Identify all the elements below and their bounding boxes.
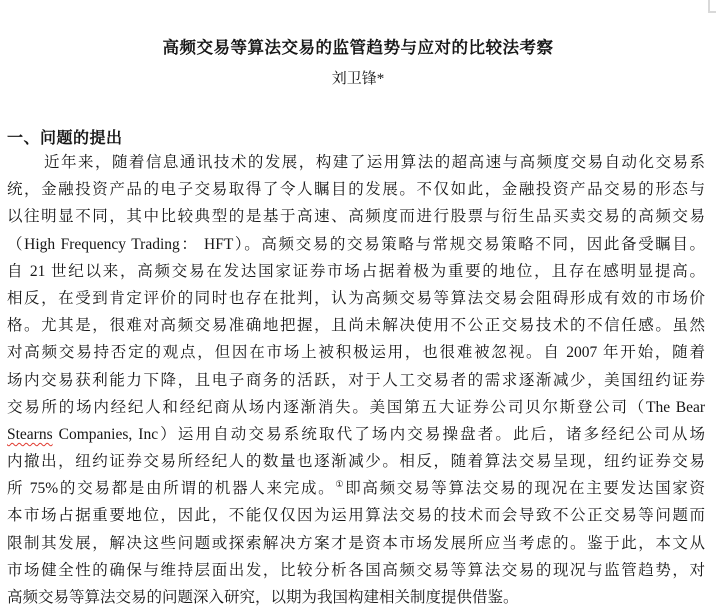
body-text-segment: （High Frequency Trading： HFT）。高频交易的交易策略与… [7,236,705,253]
body-line: 自 21 世纪以来，高频交易在发达国家证券市场占据着极为重要的地位，且存在感明显… [7,258,705,285]
body-line: 交易所的场内经纪人和经纪商从场内逐渐消失。美国第五大证券公司贝尔斯登公司（The… [7,394,705,421]
body-text-segment: 市场健全性的确保与维持层面出发，比较分析各国高频交易等算法交易的现况与监管趋势，… [7,562,705,579]
body-text-segment: 限制其发展，解决这些问题或探索解决方案才是资本市场发展所应当考虑的。鉴于此，本文… [7,535,705,552]
body-text-segment: 场内交易获利能力下降，且电子商务的活跃，对于人工交易者的需求逐渐减少，美国纽约证… [7,372,705,389]
body-text-segment: 所 75%的交易都是由所谓的机器人来完成。 [7,480,335,497]
body-text-segment: 统，金融投资产品的电子交易取得了令人瞩目的发展。不仅如此，金融投资产品交易的形态… [7,181,705,198]
body-line: 场内交易获利能力下降，且电子商务的活跃，对于人工交易者的需求逐渐减少，美国纽约证… [7,367,705,394]
body-text-segment: 交易所的场内经纪人和经纪商从场内逐渐消失。美国第五大证券公司贝尔斯登公司（The… [7,399,705,416]
body-line: 高频交易等算法交易的问题深入研究，以期为我国构建相关制度提供借鉴。 [7,584,705,611]
body-line: 近年来，随着信息通讯技术的发展，构建了运用算法的超高速与高频度交易自动化交易系 [7,149,705,176]
body-text-segment: 即高频交易等算法交易的现况在主要发达国家资 [345,480,705,497]
body-text-segment: 内撤出，纽约证券交易所经纪人的数量也逐渐减少。相反，随着算法交易呈现，纽约证券交… [7,453,705,470]
body-text-segment: 对高频交易持否定的观点，但因在市场上被积极运用，也很难被忽视。自 2007 年开… [7,344,705,361]
document-page: 高频交易等算法交易的监管趋势与应对的比较法考察 刘卫锋* 一、问题的提出 近年来… [0,0,716,616]
body-line: 对高频交易持否定的观点，但因在市场上被积极运用，也很难被忽视。自 2007 年开… [7,339,705,366]
body-text-segment: 以往明显不同，其中比较典型的是基于高速、高频度而进行股票与衍生品买卖交易的高频交… [7,208,705,225]
body-line: 内撤出，纽约证券交易所经纪人的数量也逐渐减少。相反，随着算法交易呈现，纽约证券交… [7,448,705,475]
body-line: 格。尤其是，很难对高频交易准确地把握，且尚未解决使用不公正交易技术的不信任感。虽… [7,312,705,339]
body-paragraph: 近年来，随着信息通讯技术的发展，构建了运用算法的超高速与高频度交易自动化交易系统… [7,149,705,611]
body-text-segment: 高频交易等算法交易的问题深入研究，以期为我国构建相关制度提供借鉴。 [7,589,519,606]
body-line: Stearns Companies, Inc）运用自动交易系统取代了场内交易操盘… [7,421,705,448]
body-text-segment: 自 21 世纪以来，高频交易在发达国家证券市场占据着极为重要的地位，且存在感明显… [7,263,705,280]
body-line: 限制其发展，解决这些问题或探索解决方案才是资本市场发展所应当考虑的。鉴于此，本文… [7,530,705,557]
body-line: 本市场占据重要地位，因此，不能仅仅因为运用算法交易的技术而会导致不公正交易等问题… [7,502,705,529]
section-heading: 一、问题的提出 [7,129,123,148]
body-line: 以往明显不同，其中比较典型的是基于高速、高频度而进行股票与衍生品买卖交易的高频交… [7,203,705,230]
footnote-reference: ① [335,479,345,489]
body-text-segment: 本市场占据重要地位，因此，不能仅仅因为运用算法交易的技术而会导致不公正交易等问题… [7,507,705,524]
body-text-segment: 相反，在受到肯定评价的同时也存在批判，认为高频交易等算法交易会阻碍形成有效的市场… [7,290,705,307]
body-line: （High Frequency Trading： HFT）。高频交易的交易策略与… [7,231,705,258]
body-line: 相反，在受到肯定评价的同时也存在批判，认为高频交易等算法交易会阻碍形成有效的市场… [7,285,705,312]
body-text-segment: 格。尤其是，很难对高频交易准确地把握，且尚未解决使用不公正交易技术的不信任感。虽… [7,317,705,334]
author-line: 刘卫锋* [0,69,716,89]
body-text-segment: Companies, Inc）运用自动交易系统取代了场内交易操盘者。此后，诸多经… [53,426,705,443]
text-boundary-corner-mark-horizontal [708,11,716,13]
body-line: 市场健全性的确保与维持层面出发，比较分析各国高频交易等算法交易的现况与监管趋势，… [7,557,705,584]
spellcheck-underlined-word: Stearns [7,426,53,443]
body-line: 统，金融投资产品的电子交易取得了令人瞩目的发展。不仅如此，金融投资产品交易的形态… [7,176,705,203]
document-title: 高频交易等算法交易的监管趋势与应对的比较法考察 [0,37,716,59]
body-text-segment: 近年来，随着信息通讯技术的发展，构建了运用算法的超高速与高频度交易自动化交易系 [44,154,705,171]
body-line: 所 75%的交易都是由所谓的机器人来完成。①即高频交易等算法交易的现况在主要发达… [7,475,705,502]
